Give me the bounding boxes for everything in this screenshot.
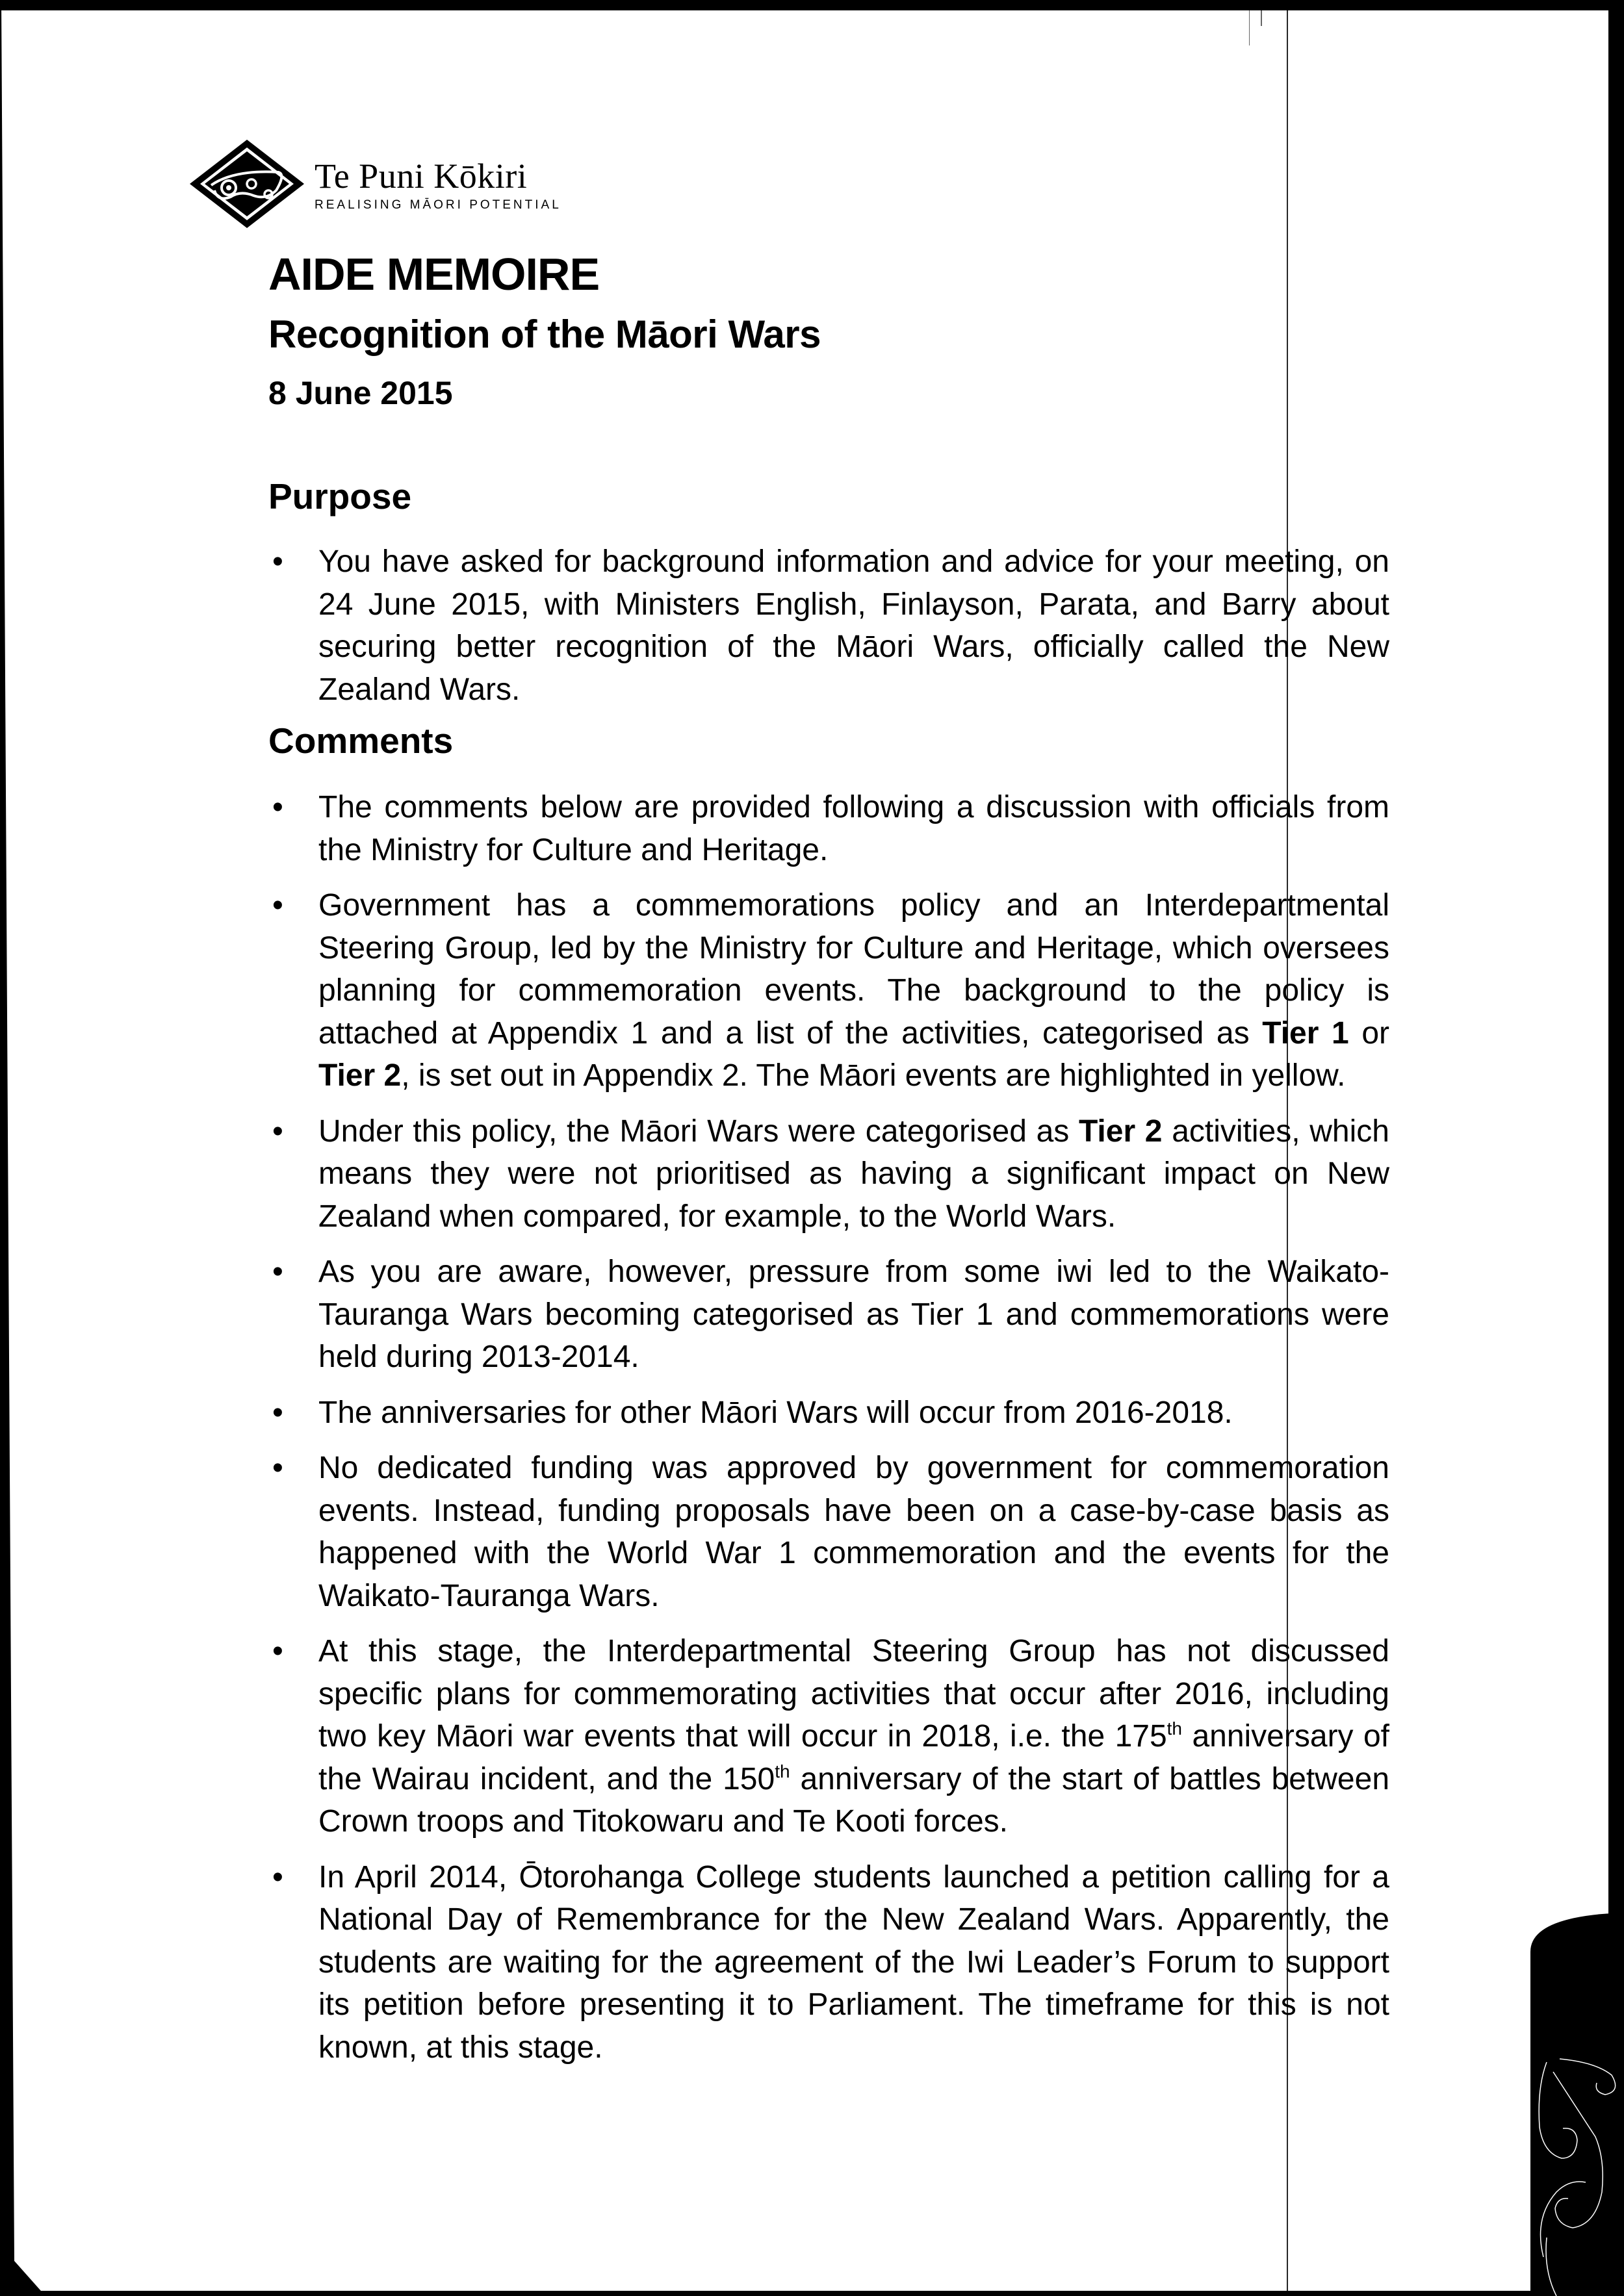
document-title: Recognition of the Māori Wars <box>268 312 821 357</box>
bullet-icon: • <box>272 786 283 829</box>
bullet-text: As you are aware, however, pressure from… <box>318 1255 1389 1374</box>
bullet-item: •Government has a commemorations policy … <box>268 884 1389 1097</box>
fold-line-mark <box>1249 0 1250 45</box>
bullet-item: •As you are aware, however, pressure fro… <box>268 1251 1389 1379</box>
bullet-text: The anniversaries for other Māori Wars w… <box>318 1396 1233 1430</box>
bullet-text: No dedicated funding was approved by gov… <box>318 1451 1389 1613</box>
bullet-item: •The comments below are provided followi… <box>268 786 1389 871</box>
bullet-text: Government has a commemorations policy a… <box>318 888 1389 1051</box>
bullet-text: You have asked for background informatio… <box>318 544 1389 707</box>
bullet-icon: • <box>272 1110 283 1153</box>
purpose-bullet-list: •You have asked for background informati… <box>268 541 1389 724</box>
koru-diamond-logo-icon <box>188 138 305 229</box>
document-date: 8 June 2015 <box>268 374 453 412</box>
bold-text: Tier 2 <box>1079 1114 1163 1149</box>
fold-line-mark <box>1261 0 1262 26</box>
bullet-icon: • <box>272 1630 283 1673</box>
koru-corner-decoration <box>1530 1913 1624 2296</box>
ordinal-suffix: th <box>775 1761 790 1781</box>
bullet-icon: • <box>272 884 283 927</box>
bullet-item: •Under this policy, the Māori Wars were … <box>268 1110 1389 1238</box>
comments-bullet-list: •The comments below are provided followi… <box>268 786 1389 2082</box>
bold-text: Tier 1 <box>1262 1016 1348 1051</box>
bullet-item: •The anniversaries for other Māori Wars … <box>268 1392 1389 1435</box>
organisation-name: Te Puni Kōkiri <box>315 158 561 194</box>
bold-text: Tier 2 <box>318 1058 401 1093</box>
bullet-text: or <box>1349 1016 1389 1051</box>
bullet-text: Under this policy, the Māori Wars were c… <box>318 1114 1079 1149</box>
ordinal-suffix: th <box>1167 1718 1182 1739</box>
organisation-logo: Te Puni Kōkiri REALISING MĀORI POTENTIAL <box>188 138 561 229</box>
document-type: AIDE MEMOIRE <box>268 248 599 300</box>
bullet-icon: • <box>272 1251 283 1294</box>
bullet-item: •You have asked for background informati… <box>268 541 1389 711</box>
organisation-tagline: REALISING MĀORI POTENTIAL <box>315 198 561 212</box>
section-heading-comments: Comments <box>268 720 453 761</box>
section-heading-purpose: Purpose <box>268 476 411 517</box>
bullet-item: •In April 2014, Ōtorohanga College stude… <box>268 1856 1389 2069</box>
scan-edge-left <box>0 0 52 2296</box>
scan-edge-top <box>0 0 1624 10</box>
bullet-icon: • <box>272 541 283 583</box>
bullet-icon: • <box>272 1447 283 1490</box>
bullet-icon: • <box>272 1392 283 1435</box>
bullet-item: •No dedicated funding was approved by go… <box>268 1447 1389 1617</box>
bullet-icon: • <box>272 1856 283 1899</box>
bullet-text: The comments below are provided followin… <box>318 790 1389 867</box>
bullet-text: , is set out in Appendix 2. The Māori ev… <box>401 1058 1345 1093</box>
bullet-item: •At this stage, the Interdepartmental St… <box>268 1630 1389 1843</box>
scan-edge-bottom <box>0 2291 1624 2296</box>
bullet-text: In April 2014, Ōtorohanga College studen… <box>318 1860 1389 2065</box>
